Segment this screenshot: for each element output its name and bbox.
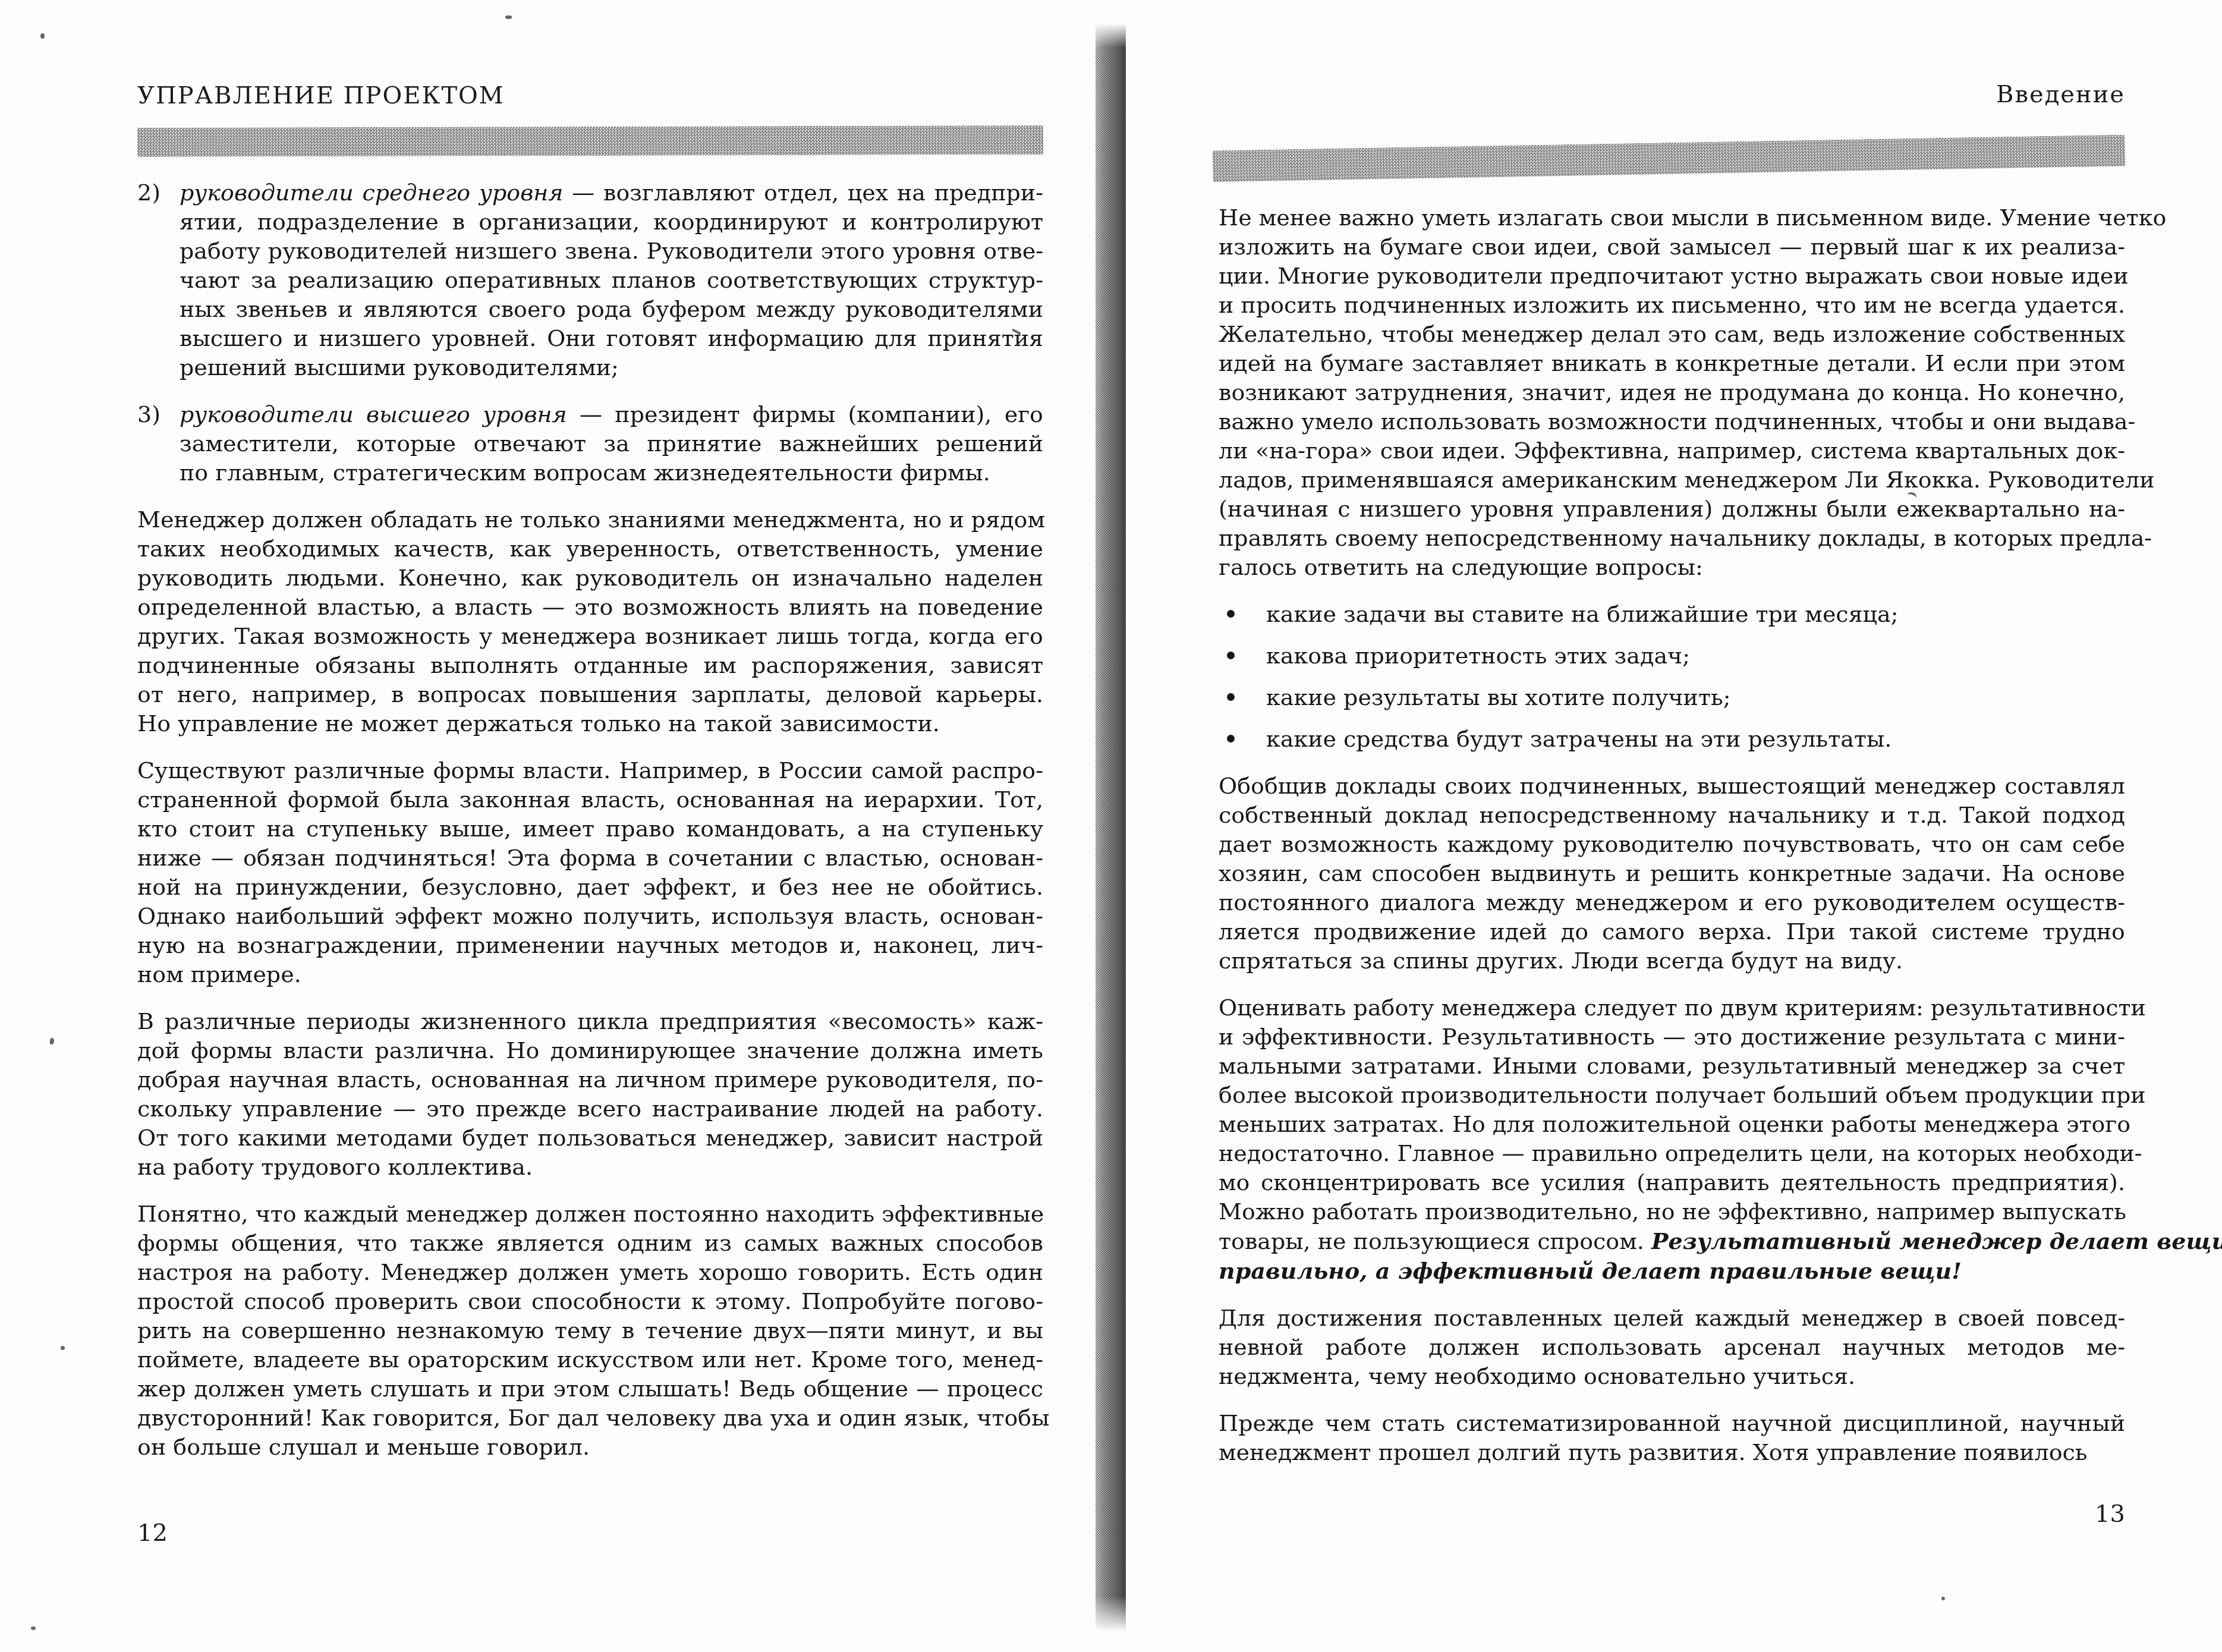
- left-running-header: УПРАВЛЕНИЕ ПРОЕКТОМ: [137, 82, 505, 109]
- text-segment: настроя на работу. Менеджер должен уметь…: [137, 1259, 1043, 1285]
- text-segment: работу руководителей низшего звена. Руко…: [180, 238, 1043, 264]
- text-segment: на работу трудового коллектива.: [137, 1154, 533, 1180]
- right-page: Введение Не менее важно уметь излагать с…: [1111, 0, 2222, 1652]
- text-line: формы общения, что также является одним …: [137, 1229, 1043, 1258]
- numbered-item: 2)руководители среднего уровня — возглав…: [137, 178, 1043, 382]
- text-segment: поймете, владеете вы ораторским искусств…: [137, 1346, 1043, 1373]
- text-segment: Менеджер должен обладать не только знани…: [137, 506, 1045, 533]
- text-line: чают за реализацию оперативных планов со…: [180, 266, 1043, 295]
- scan-speck: [40, 33, 45, 39]
- bullet-item: какова приоритетность этих задач;: [1219, 641, 2125, 671]
- body-paragraph: Обобщив доклады своих подчиненных, вышес…: [1219, 772, 2125, 976]
- text-line: постоянного диалога между менеджером и е…: [1219, 888, 2125, 917]
- text-line: невной работе должен использовать арсена…: [1219, 1333, 2125, 1362]
- text-segment: невной работе должен использовать арсена…: [1219, 1334, 2125, 1360]
- text-line: Понятно, что каждый менеджер должен пост…: [137, 1200, 1043, 1229]
- text-segment: других. Такая возможность у менеджера во…: [137, 623, 1043, 649]
- bullet-dot: [1227, 693, 1235, 701]
- text-segment: скольку управление — это прежде всего на…: [137, 1096, 1043, 1122]
- text-segment: двусторонний! Как говорится, Бог дал чел…: [137, 1405, 1049, 1431]
- text-line: ладов, применявшаяся американским менедж…: [1219, 465, 2125, 495]
- right-header-rule: [1213, 135, 2126, 182]
- text-segment: ниже — обязан подчиняться! Эта форма в с…: [137, 845, 1043, 871]
- text-segment: товары, не пользующиеся спросом.: [1219, 1228, 1651, 1254]
- list-marker: 3): [137, 400, 160, 429]
- text-line: Обобщив доклады своих подчиненных, вышес…: [1219, 772, 2125, 801]
- text-segment: постоянного диалога между менеджером и е…: [1219, 889, 2125, 915]
- text-segment: ляется продвижение идей до самого верха.…: [1219, 918, 2125, 945]
- text-segment: заместители, которые отвечают за приняти…: [180, 430, 1043, 457]
- text-segment: он больше слушал и меньше говорил.: [137, 1434, 590, 1460]
- text-segment: мальными затратами. Иными словами, резул…: [1219, 1053, 2125, 1079]
- text-segment: решений высшими руководителями;: [180, 354, 619, 380]
- text-line: по главным, стратегическим вопросам жизн…: [180, 458, 1043, 487]
- text-line: менеджмент прошел долгий путь развития. …: [1219, 1438, 2125, 1467]
- text-line: страненной формой была законная власть, …: [137, 785, 1043, 814]
- text-segment: ли «на-гора» свои идеи. Эффективна, напр…: [1219, 438, 2125, 464]
- text-segment: дает возможность каждому руководителю по…: [1219, 831, 2125, 857]
- right-running-header: Введение: [1219, 81, 2125, 108]
- text-line: работу руководителей низшего звена. Руко…: [180, 237, 1043, 266]
- bullet-dot: [1227, 652, 1235, 659]
- text-segment: ной на принуждении, безусловно, дает эфф…: [137, 874, 1043, 900]
- text-line: жер должен уметь слушать и при этом слыш…: [137, 1374, 1043, 1404]
- text-line: дой формы власти различна. Но доминирующ…: [137, 1036, 1043, 1065]
- text-segment: правлять своему непосредственному началь…: [1219, 525, 2152, 551]
- text-segment: Результативный менеджер делает вещи: [1651, 1228, 2222, 1254]
- text-line: товары, не пользующиеся спросом. Результ…: [1219, 1226, 2125, 1256]
- text-segment: Не менее важно уметь излагать свои мысли…: [1219, 204, 2166, 231]
- text-segment: Желательно, чтобы менеджер делал это сам…: [1219, 321, 2125, 347]
- text-line: спрятаться за спины других. Люди всегда …: [1219, 946, 2125, 976]
- text-segment: ятии, подразделение в организации, коорд…: [180, 209, 1043, 235]
- text-line: Оценивать работу менеджера следует по дв…: [1219, 993, 2125, 1022]
- text-line: ятии, подразделение в организации, коорд…: [180, 207, 1043, 237]
- left-header-rule: [137, 125, 1043, 157]
- text-segment: рить на совершенно незнакомую тему в теч…: [137, 1317, 1043, 1343]
- body-paragraph: В различные периоды жизненного цикла пре…: [137, 1007, 1043, 1182]
- text-line: идей на бумаге заставляет вникать в конк…: [1219, 349, 2125, 378]
- bullet-dot: [1227, 735, 1235, 742]
- text-segment: Обобщив доклады своих подчиненных, вышес…: [1219, 773, 2125, 799]
- text-segment: формы общения, что также является одним …: [137, 1230, 1043, 1256]
- scan-speck: [1941, 1597, 1945, 1600]
- text-line: возникают затруднения, значит, идея не п…: [1219, 378, 2125, 407]
- text-segment: подчиненные обязаны выполнять отданные и…: [137, 652, 1043, 678]
- text-line: ции. Многие руководители предпочитают ус…: [1219, 262, 2125, 291]
- text-line: важно умело использовать возможности под…: [1219, 407, 2125, 436]
- text-segment: Прежде чем стать систематизированной нау…: [1219, 1410, 2125, 1436]
- text-line: недостаточно. Главное — правильно опреде…: [1219, 1139, 2125, 1168]
- text-segment: идей на бумаге заставляет вникать в конк…: [1219, 350, 2125, 376]
- text-segment: Однако наибольший эффект можно получить,…: [137, 903, 1043, 929]
- text-line: ных звеньев и являются своего рода буфер…: [180, 295, 1043, 324]
- text-line: ли «на-гора» свои идеи. Эффективна, напр…: [1219, 436, 2125, 465]
- text-segment: ных звеньев и являются своего рода буфер…: [180, 296, 1043, 322]
- text-line: рить на совершенно незнакомую тему в теч…: [137, 1316, 1043, 1345]
- text-segment: (начиная с низшего уровня управления) до…: [1219, 496, 2125, 522]
- text-line: В различные периоды жизненного цикла пре…: [137, 1007, 1043, 1036]
- text-line: настроя на работу. Менеджер должен уметь…: [137, 1258, 1043, 1287]
- text-line: ную на вознаграждении, применении научны…: [137, 931, 1043, 960]
- text-segment: ции. Многие руководители предпочитают ус…: [1219, 263, 2128, 289]
- text-segment: возникают затруднения, значит, идея не п…: [1219, 379, 2125, 405]
- text-line: руководители среднего уровня — возглавля…: [180, 178, 1043, 207]
- text-segment: правильно, а эффективный делает правильн…: [1219, 1257, 1962, 1284]
- text-segment: определенной властью, а власть — это воз…: [137, 594, 1043, 620]
- text-line: он больше слушал и меньше говорил.: [137, 1433, 1043, 1462]
- page-number-right: 13: [1219, 1500, 2125, 1528]
- body-paragraph: Оценивать работу менеджера следует по дв…: [1219, 993, 2125, 1286]
- text-segment: кто стоит на ступеньку выше, имеет право…: [137, 816, 1043, 842]
- scan-speck: [31, 1626, 36, 1630]
- bullet-text: какие средства будут затрачены на эти ре…: [1266, 726, 1891, 752]
- text-line: правильно, а эффективный делает правильн…: [1219, 1256, 2125, 1286]
- text-segment: мо сконцентрировать все усилия (направит…: [1219, 1169, 2125, 1195]
- text-segment: важно умело использовать возможности под…: [1219, 408, 2135, 435]
- text-line: хозяин, сам способен выдвинуть и решить …: [1219, 859, 2125, 888]
- text-segment: ладов, применявшаяся американским менедж…: [1219, 467, 2155, 493]
- text-segment: — возглавляют отдел, цех на предпри-: [564, 180, 1043, 206]
- text-line: Существуют различные формы власти. Напри…: [137, 756, 1043, 785]
- text-line: добрая научная власть, основанная на лич…: [137, 1065, 1043, 1094]
- text-line: Однако наибольший эффект можно получить,…: [137, 902, 1043, 931]
- text-line: определенной властью, а власть — это воз…: [137, 593, 1043, 622]
- text-line: Не менее важно уметь излагать свои мысли…: [1219, 203, 2125, 232]
- text-line: решений высшими руководителями;: [180, 353, 1043, 382]
- text-line: заместители, которые отвечают за приняти…: [180, 429, 1043, 458]
- text-line: собственный доклад непосредственному нач…: [1219, 801, 2125, 830]
- text-segment: жер должен уметь слушать и при этом слыш…: [137, 1376, 1043, 1402]
- text-line: подчиненные обязаны выполнять отданные и…: [137, 651, 1043, 680]
- text-segment: неджмента, чему необходимо основательно …: [1219, 1363, 1855, 1389]
- text-segment: В различные периоды жизненного цикла пре…: [137, 1008, 1043, 1034]
- text-line: таких необходимых качеств, как увереннос…: [137, 534, 1043, 564]
- text-segment: — президент фирмы (компании), его: [567, 401, 1043, 427]
- text-segment: ную на вознаграждении, применении научны…: [137, 932, 1043, 958]
- text-line: кто стоит на ступеньку выше, имеет право…: [137, 814, 1043, 844]
- scan-speck: [505, 15, 512, 19]
- text-line: изложить на бумаге свои идеи, свой замыс…: [1219, 232, 2125, 262]
- text-segment: высшего и низшего уровней. Они готовят и…: [180, 325, 1043, 351]
- bullet-text: какие результаты вы хотите получить;: [1266, 684, 1730, 710]
- text-segment: Существуют различные формы власти. Напри…: [137, 757, 1043, 783]
- text-segment: и эффективности. Результативность — это …: [1219, 1024, 2125, 1050]
- text-line: галось ответить на следующие вопросы:: [1219, 553, 2125, 582]
- scan-speck: [61, 1346, 65, 1350]
- text-line: Но управление не может держаться только …: [137, 709, 1043, 738]
- text-line: ляется продвижение идей до самого верха.…: [1219, 917, 2125, 946]
- text-line: двусторонний! Как говорится, Бог дал чел…: [137, 1404, 1043, 1433]
- text-line: (начиная с низшего уровня управления) до…: [1219, 495, 2125, 524]
- text-segment: спрятаться за спины других. Люди всегда …: [1219, 948, 1903, 974]
- text-line: поймете, владеете вы ораторским искусств…: [137, 1345, 1043, 1374]
- text-segment: ном примере.: [137, 961, 301, 987]
- text-line: ной на принуждении, безусловно, дает эфф…: [137, 873, 1043, 902]
- text-segment: Оценивать работу менеджера следует по дв…: [1219, 995, 2146, 1021]
- bullet-text: какие задачи вы ставите на ближайшие три…: [1266, 601, 1899, 627]
- text-line: руководители высшего уровня — президент …: [180, 400, 1043, 429]
- numbered-item: 3)руководители высшего уровня — президен…: [137, 400, 1043, 487]
- bullet-item: какие средства будут затрачены на эти ре…: [1219, 725, 2125, 754]
- bullet-item: какие результаты вы хотите получить;: [1219, 683, 2125, 712]
- text-line: неджмента, чему необходимо основательно …: [1219, 1362, 2125, 1391]
- body-paragraph: Прежде чем стать систематизированной нау…: [1219, 1409, 2125, 1467]
- text-line: руководить людьми. Конечно, как руководи…: [137, 564, 1043, 593]
- text-segment: Понятно, что каждый менеджер должен пост…: [137, 1201, 1044, 1227]
- text-segment: От того какими методами будет пользовать…: [137, 1125, 1043, 1151]
- left-page-content: 2)руководители среднего уровня — возглав…: [137, 178, 1043, 1462]
- text-line: Желательно, чтобы менеджер делал это сам…: [1219, 320, 2125, 349]
- text-segment: недостаточно. Главное — правильно опреде…: [1219, 1140, 2142, 1166]
- text-line: Для достижения поставленных целей каждый…: [1219, 1304, 2125, 1333]
- text-line: меньших затратах. Но для положительной о…: [1219, 1110, 2125, 1139]
- text-segment: галось ответить на следующие вопросы:: [1219, 554, 1703, 580]
- text-segment: Но управление не может держаться только …: [137, 710, 940, 737]
- text-line: скольку управление — это прежде всего на…: [137, 1094, 1043, 1124]
- text-segment: руководители среднего уровня: [180, 180, 564, 206]
- text-line: от него, например, в вопросах повышения …: [137, 680, 1043, 709]
- text-segment: от него, например, в вопросах повышения …: [137, 681, 1043, 707]
- text-segment: чают за реализацию оперативных планов со…: [180, 267, 1043, 293]
- text-segment: руководить людьми. Конечно, как руководи…: [137, 565, 1043, 591]
- text-line: других. Такая возможность у менеджера во…: [137, 622, 1043, 651]
- text-segment: дой формы власти различна. Но доминирующ…: [137, 1037, 1043, 1063]
- text-segment: Для достижения поставленных целей каждый…: [1219, 1305, 2125, 1331]
- text-line: мальными затратами. Иными словами, резул…: [1219, 1052, 2125, 1081]
- text-line: правлять своему непосредственному началь…: [1219, 524, 2125, 553]
- text-line: и эффективности. Результативность — это …: [1219, 1022, 2125, 1052]
- text-line: ном примере.: [137, 960, 1043, 989]
- text-line: и просить подчиненных изложить их письме…: [1219, 291, 2125, 320]
- body-paragraph: Для достижения поставленных целей каждый…: [1219, 1304, 2125, 1391]
- text-line: мо сконцентрировать все усилия (направит…: [1219, 1168, 2125, 1197]
- text-segment: меньших затратах. Но для положительной о…: [1219, 1111, 2130, 1137]
- text-segment: таких необходимых качеств, как увереннос…: [137, 536, 1043, 562]
- body-paragraph: Не менее важно уметь излагать свои мысли…: [1219, 203, 2125, 582]
- text-segment: изложить на бумаге свои идеи, свой замыс…: [1219, 234, 2125, 260]
- text-line: Прежде чем стать систематизированной нау…: [1219, 1409, 2125, 1438]
- text-line: Менеджер должен обладать не только знани…: [137, 505, 1043, 534]
- text-segment: добрая научная власть, основанная на лич…: [137, 1066, 1043, 1093]
- text-segment: страненной формой была законная власть, …: [137, 786, 1043, 813]
- body-paragraph: Понятно, что каждый менеджер должен пост…: [137, 1200, 1043, 1462]
- text-line: простой способ проверить свои способност…: [137, 1287, 1043, 1316]
- body-paragraph: Существуют различные формы власти. Напри…: [137, 756, 1043, 989]
- text-segment: хозяин, сам способен выдвинуть и решить …: [1219, 860, 2125, 886]
- text-segment: простой способ проверить свои способност…: [137, 1288, 1043, 1314]
- text-segment: и просить подчиненных изложить их письме…: [1219, 292, 2125, 318]
- text-line: От того какими методами будет пользовать…: [137, 1124, 1043, 1153]
- page-number-left: 12: [137, 1519, 168, 1547]
- text-line: ниже — обязан подчиняться! Эта форма в с…: [137, 844, 1043, 873]
- text-line: на работу трудового коллектива.: [137, 1153, 1043, 1182]
- left-page: УПРАВЛЕНИЕ ПРОЕКТОМ 2)руководители средн…: [0, 0, 1111, 1652]
- text-line: Можно работать производительно, но не эф…: [1219, 1197, 2125, 1226]
- right-page-content: Не менее важно уметь излагать свои мысли…: [1219, 203, 2125, 1467]
- bullet-dot: [1227, 610, 1235, 618]
- text-segment: более высокой производительности получае…: [1219, 1082, 2146, 1108]
- bullet-text: какова приоритетность этих задач;: [1266, 643, 1690, 669]
- text-segment: руководители высшего уровня: [180, 401, 567, 427]
- body-paragraph: Менеджер должен обладать не только знани…: [137, 505, 1043, 738]
- text-segment: собственный доклад непосредственному нач…: [1219, 802, 2125, 828]
- text-segment: по главным, стратегическим вопросам жизн…: [180, 460, 990, 486]
- list-marker: 2): [137, 178, 160, 207]
- text-segment: Можно работать производительно, но не эф…: [1219, 1198, 2126, 1225]
- text-line: высшего и низшего уровней. Они готовят и…: [180, 324, 1043, 353]
- text-line: дает возможность каждому руководителю по…: [1219, 830, 2125, 859]
- bullet-item: какие задачи вы ставите на ближайшие три…: [1219, 600, 2125, 629]
- text-line: более высокой производительности получае…: [1219, 1081, 2125, 1110]
- text-segment: менеджмент прошел долгий путь развития. …: [1219, 1439, 2088, 1465]
